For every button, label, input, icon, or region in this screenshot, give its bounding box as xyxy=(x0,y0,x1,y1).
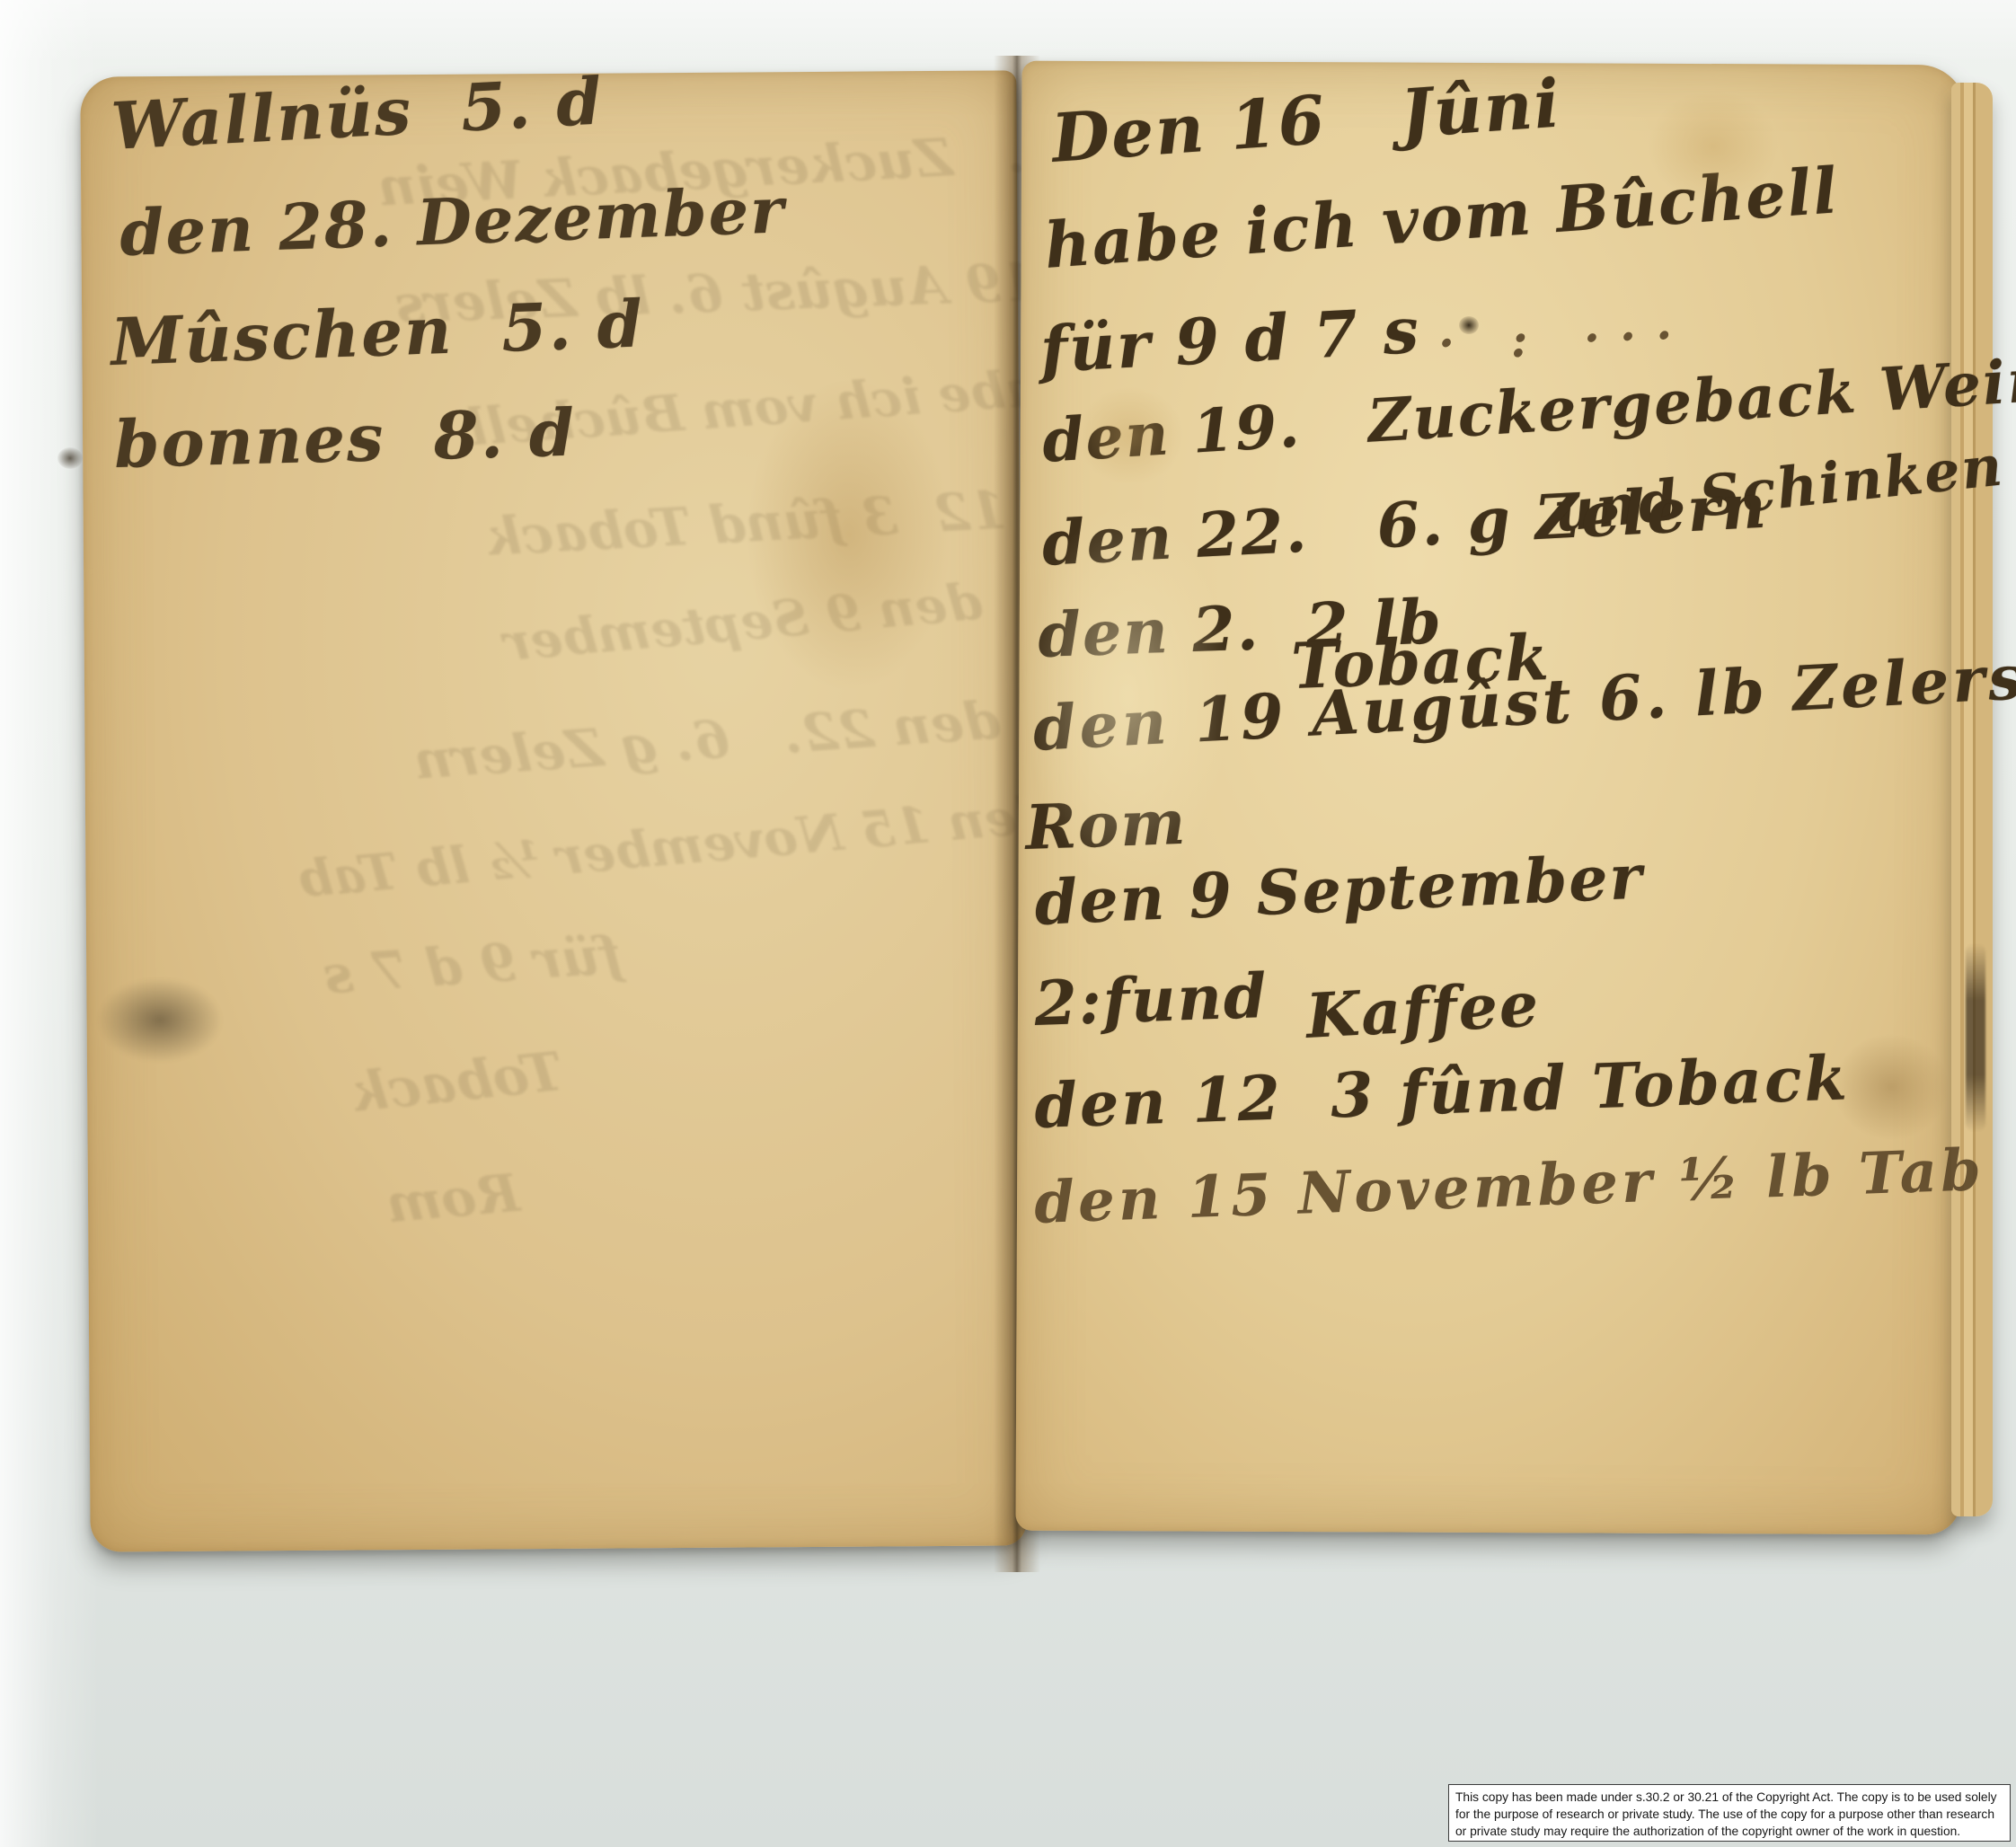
handwritten-line: 2:fund xyxy=(1033,960,1269,1040)
bleedthrough-text: Rom xyxy=(384,1162,522,1235)
copyright-text: This copy has been made under s.30.2 or … xyxy=(1455,1790,1997,1838)
ink-dots: · : · · · xyxy=(1437,308,1675,371)
handwritten-line: bonnes 8. d xyxy=(113,394,577,482)
fore-edge-page-stack xyxy=(1951,83,1993,1516)
handwritten-line: Rom xyxy=(1024,787,1189,864)
scanned-notebook-spread: den 19. Zuckergeback Wein den 19 Augûst … xyxy=(0,0,2016,1847)
handwritten-line: Kaffee xyxy=(1304,968,1542,1053)
copyright-notice: This copy has been made under s.30.2 or … xyxy=(1448,1784,2011,1842)
